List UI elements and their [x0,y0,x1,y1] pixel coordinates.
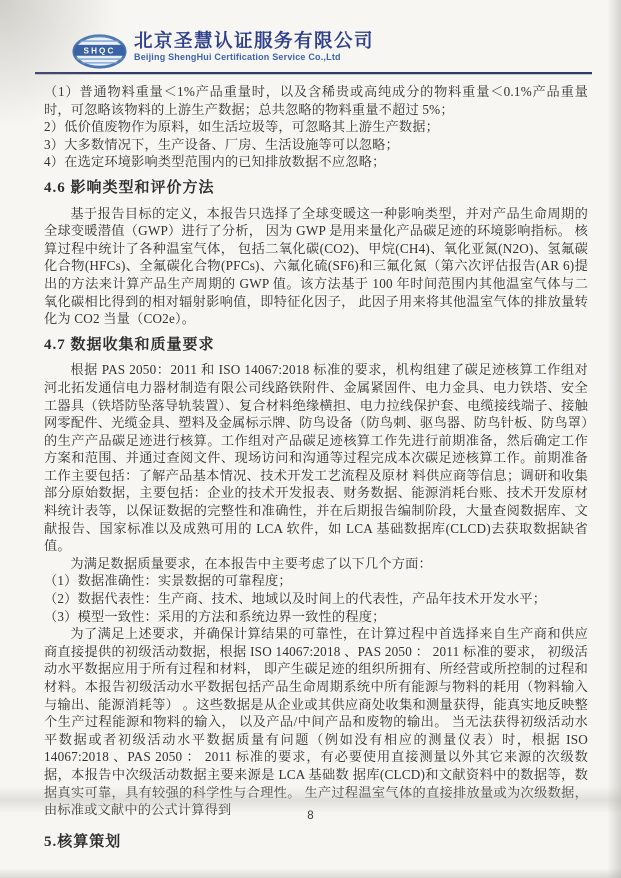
svg-text:SHQC: SHQC [84,47,116,56]
company-name-zh: 北京圣慧认证服务有限公司 [134,32,374,52]
list-item: （1）数据准确性：实景数据的可靠程度； [44,572,588,590]
company-name-block: 北京圣慧认证服务有限公司 Beijing ShengHui Certificat… [134,32,374,63]
company-logo-icon: SHQC [71,33,128,70]
list-item: 2）低价值废物作为原料，如生活垃圾等，可忽略其上游生产数据； [44,118,588,136]
list-item: 3）大多数情况下，生产设备、厂房、生活设施等可以忽略； [44,136,588,154]
section-heading-4-7: 4.7 数据收集和质量要求 [44,337,588,355]
section-heading-5: 5.核算策划 [44,834,588,852]
list-item: （3）模型一致性：采用的方法和系统边界一致性的程度； [44,608,588,626]
list-item: （1）普通物料重量＜1%产品重量时，以及含稀贵或高纯成分的物料重量＜0.1%产品… [44,83,588,118]
paragraph-quality-intro: 为满足数据质量要求，在本报告中主要考虑了以下几个方面： [44,555,588,573]
scan-edge-bottom [0,868,621,878]
paragraph-impact-types: 基于报告目标的定义，本报告只选择了全球变暖这一种影响类型，并对产品生命周期的全球… [44,205,588,328]
company-name-en: Beijing ShengHui Certification Service C… [134,52,374,63]
section-heading-4-6: 4.6 影响类型和评价方法 [44,180,588,198]
list-item: （2）数据代表性：生产商、技术、地域以及时间上的代表性，产品年技术开发水平； [44,590,588,608]
paragraph-data-collection: 根据 PAS 2050：2011 和 ISO 14067:2018 标准的要求，… [44,361,588,555]
company-header: SHQC 北京圣慧认证服务有限公司 Beijing ShengHui Certi… [0,0,621,70]
document-body: （1）普通物料重量＜1%产品重量时，以及含稀贵或高纯成分的物料重量＜0.1%产品… [0,74,621,851]
list-item: 4）在选定环境影响类型范围内的已知排放数据不应忽略； [44,153,588,171]
paragraph-primary-data: 为了满足上述要求，并确保计算结果的可靠性，在计算过程中首选择来自生产商和供应商直… [44,625,588,819]
page-number: 8 [0,810,621,822]
document-page: SHQC 北京圣慧认证服务有限公司 Beijing ShengHui Certi… [0,0,621,878]
